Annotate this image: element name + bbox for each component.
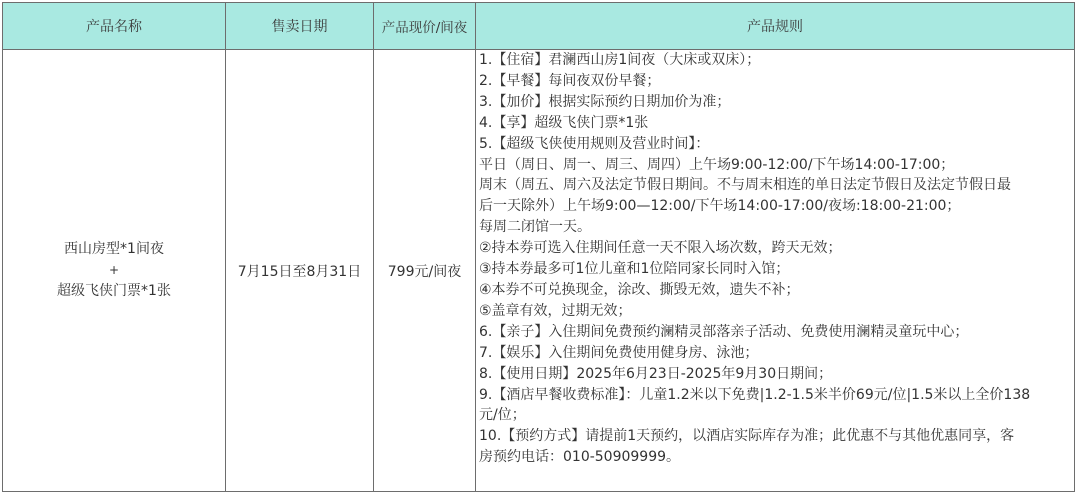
cell-price: 799元/间夜: [374, 50, 475, 491]
rule-line: 房预约电话：010-50909999。: [479, 447, 1070, 468]
rule-line: 后一天除外）上午场9:00—12:00/下午场14:00-17:00/夜场:18…: [479, 196, 1070, 217]
rule-line: 2.【早餐】每间夜双份早餐；: [479, 71, 1070, 92]
rule-line: 周末（周五、周六及法定节假日期间。不与周末相连的单日法定节假日及法定节假日最: [479, 175, 1070, 196]
header-product-name: 产品名称: [3, 3, 225, 49]
rule-line: 9.【酒店早餐收费标准】：儿童1.2米以下免费|1.2-1.5米半价69元/位|…: [479, 385, 1070, 406]
cell-rules: 1.【住宿】君澜西山房1间夜（大床或双床）； 2.【早餐】每间夜双份早餐； 3.…: [476, 50, 1070, 468]
rule-line: 元/位；: [479, 405, 1070, 426]
rule-line: ②持本券可选入住期间任意一天不限入场次数，跨天无效；: [479, 238, 1070, 259]
product-table: 产品名称 售卖日期 产品现价/间夜 产品规则 西山房型*1间夜 + 超级飞侠门票…: [2, 2, 1075, 492]
rule-line: 平日（周日、周一、周三、周四）上午场9:00-12:00/下午场14:00-17…: [479, 155, 1070, 176]
rule-line: 6.【亲子】入住期间免费预约澜精灵部落亲子活动、免费使用澜精灵童玩中心；: [479, 322, 1070, 343]
product-name-line2: 超级飞侠门票*1张: [57, 281, 171, 302]
rule-line: 7.【娱乐】入住期间免费使用健身房、泳池；: [479, 343, 1070, 364]
rule-line: 10.【预约方式】请提前1天预约，以酒店实际库存为准；此优惠不与其他优惠同享，客: [479, 426, 1070, 447]
rule-line: 4.【享】超级飞侠门票*1张: [479, 113, 1070, 134]
cell-product-name: 西山房型*1间夜 + 超级飞侠门票*1张: [3, 50, 225, 491]
product-name-plus: +: [109, 260, 119, 281]
rule-line: 8.【使用日期】2025年6月23日-2025年9月30日期间；: [479, 364, 1070, 385]
header-sale-date: 售卖日期: [226, 3, 373, 49]
header-rules: 产品规则: [476, 3, 1074, 49]
rule-line: ⑤盖章有效，过期无效；: [479, 301, 1070, 322]
product-name-line1: 西山房型*1间夜: [64, 239, 164, 260]
header-price: 产品现价/间夜: [374, 3, 475, 49]
rule-line: 5.【超级飞侠使用规则及营业时间】：: [479, 134, 1070, 155]
rule-line: 1.【住宿】君澜西山房1间夜（大床或双床）；: [479, 50, 1070, 71]
rule-line: 3.【加价】根据实际预约日期加价为准；: [479, 92, 1070, 113]
cell-sale-date: 7月15日至8月31日: [226, 50, 373, 491]
rule-line: ③持本券最多可1位儿童和1位陪同家长同时入馆；: [479, 259, 1070, 280]
rule-line: ④本券不可兑换现金，涂改、撕毁无效，遗失不补；: [479, 280, 1070, 301]
rule-line: 每周二闭馆一天。: [479, 217, 1070, 238]
